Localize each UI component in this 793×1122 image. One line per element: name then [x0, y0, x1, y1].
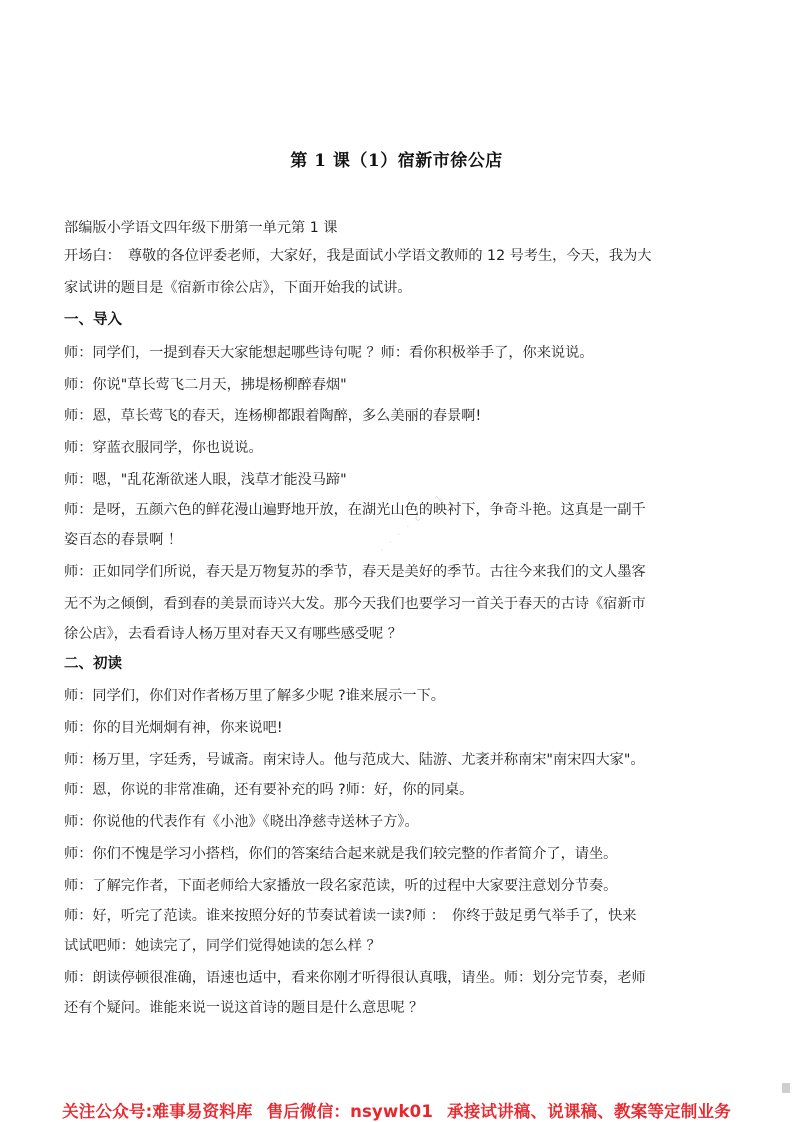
text-line: 师：恩，草长莺飞的春天，连杨柳都跟着陶醉，多么美丽的春景啊!: [64, 407, 734, 425]
footer-wechat-account: 关注公众号:难事易资料库: [62, 1102, 253, 1121]
text-line: 试试吧师：她读完了，同学们觉得她读的怎么样 ？: [64, 937, 734, 955]
text-line: 还有个疑问。谁能来说一说这首诗的题目是什么意思呢 ？: [64, 999, 734, 1017]
text-line: 无不为之倾倒，看到春的美景而诗兴大发。那今天我们也要学习一首关于春天的古诗《宿新…: [64, 595, 734, 613]
subtitle-line: 部编版小学语文四年级下册第一单元第 1 课: [64, 219, 734, 237]
text-line: 师：你说"草长莺飞二月天，拂堤杨柳醉春烟": [64, 376, 734, 394]
text-line: 师：好，听完了范读。谁来按照分好的节奏试着读一读?师 ： 你终于鼓足勇气举手了，…: [64, 907, 734, 925]
footer-support-wechat: 售后微信：nsywk01: [267, 1102, 433, 1121]
text-line: 师：了解完作者，下面老师给大家播放一段名家范读，听的过程中大家要注意划分节奏。: [64, 877, 734, 895]
text-line: 师：朗读停顿很准确，语速也适中，看来你刚才听得很认真哦，请坐。师：划分完节奏，老…: [64, 969, 734, 987]
section-heading-first-reading: 二、初读: [64, 655, 734, 673]
footer-banner: 关注公众号:难事易资料库售后微信：nsywk01承接试讲稿、说课稿、教案等定制业…: [0, 1098, 793, 1122]
text-line: 师：你说他的代表作有《小池》《晓出净慈寺送林子方》。: [64, 813, 734, 831]
text-line: 师：同学们，你们对作者杨万里了解多少呢 ?谁来展示一下。: [64, 687, 734, 705]
footer-services: 承接试讲稿、说课稿、教案等定制业务: [447, 1102, 731, 1121]
page-title: 第 1 课（1）宿新市徐公店: [0, 146, 793, 171]
text-line: 师：恩，你说的非常准确，还有要补充的吗 ?师：好，你的同桌。: [64, 781, 734, 799]
section-heading-intro: 一、导入: [64, 311, 734, 329]
corner-mark: [782, 1083, 790, 1093]
text-line: 师：杨万里，字廷秀，号诚斋。南宋诗人。他与范成大、陆游、尤袤并称南宋"南宋四大家…: [64, 751, 734, 769]
text-line: 师：你们不愧是学习小搭档，你们的答案结合起来就是我们较完整的作者简介了，请坐。: [64, 845, 734, 863]
text-line: 师：嗯，"乱花渐欲迷人眼，浅草才能没马蹄": [64, 471, 734, 489]
text-line: 师：正如同学们所说，春天是万物复苏的季节，春天是美好的季节。古往今来我们的文人墨…: [64, 563, 734, 581]
text-line: 师：是呀，五颜六色的鲜花漫山遍野地开放，在湖光山色的映衬下，争奇斗艳。这真是一副…: [64, 501, 734, 519]
text-line: 徐公店》，去看看诗人杨万里对春天又有哪些感受呢 ？: [64, 625, 734, 643]
text-line: 家试讲的题目是《宿新市徐公店》，下面开始我的试讲。: [64, 279, 734, 297]
text-line: 师：你的目光炯炯有神，你来说吧!: [64, 719, 734, 737]
text-line: 师：穿蓝衣服同学，你也说说。: [64, 439, 734, 457]
text-line: 师：同学们，一提到春天大家能想起哪些诗句呢 ？师：看你积极举手了，你来说说。: [64, 344, 734, 362]
text-line: 开场白： 尊敬的各位评委老师，大家好，我是面试小学语文教师的 12 号考生，今天…: [64, 247, 734, 265]
